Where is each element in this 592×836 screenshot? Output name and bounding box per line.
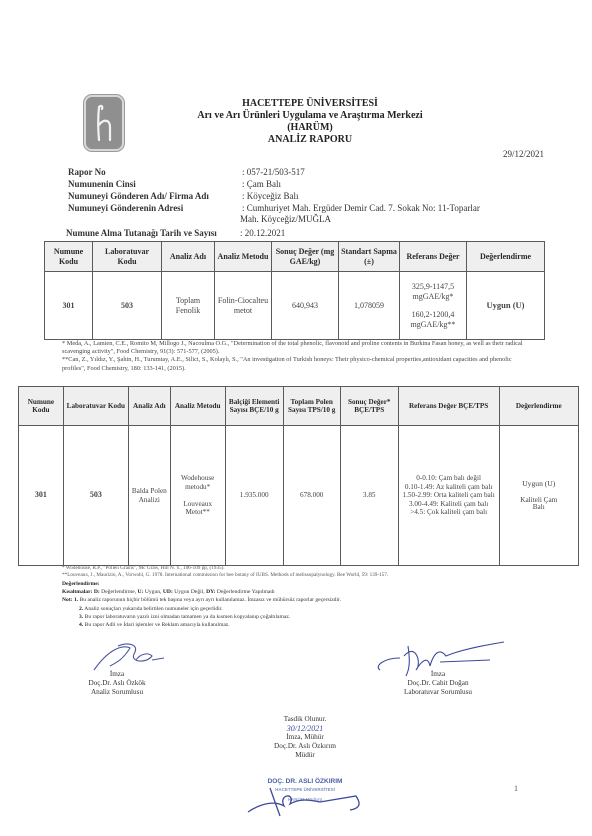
cell-evaluation: Uygun (U) Kaliteli Çam Balı xyxy=(499,426,578,566)
report-title: ANALİZ RAPORU xyxy=(150,134,470,146)
col-header-lab-code: Laboratuvar Kodu xyxy=(63,387,128,426)
footnote: * Meda, A., Lamien, C.E., Romito M, Mill… xyxy=(62,340,532,356)
report-date: 29/12/2021 xyxy=(503,149,544,159)
meta-value-report-no: : 057-21/503-517 xyxy=(242,167,305,177)
meta-value-address: : Cumhuriyet Mah. Ergüder Demir Cad. 7. … xyxy=(242,203,480,213)
director-role: Müdür xyxy=(245,751,365,760)
center-name: Arı ve Arı Ürünleri Uygulama ve Araştırm… xyxy=(150,110,470,122)
col-header-reference: Referans Değer xyxy=(400,242,467,272)
meta-label-sample-type: Numunenin Cinsi xyxy=(68,179,136,189)
col-header-analysis-method: Analiz Metodu xyxy=(170,387,225,426)
method-2: Louveaux Metot** xyxy=(173,500,223,517)
approval-label: Tasdik Olunur. xyxy=(245,715,365,724)
signer-role: Laboratuvar Sorumlusu xyxy=(378,688,498,697)
evaluation-title: Değerlendirme: xyxy=(62,581,100,587)
cell-sample-code: 301 xyxy=(45,272,93,340)
cell-result: 640,943 xyxy=(272,272,339,340)
col-header-std-dev: Standart Sapma (±) xyxy=(339,242,400,272)
table2-footnotes: * Wodehouse, R.P., "Pollen Grains", Mc G… xyxy=(62,565,562,579)
cell-analysis-method: Folin-Ciocalteu metot xyxy=(215,272,272,340)
note-3: 3. Bu rapor laboratuvarın yazılı izni ol… xyxy=(62,613,582,621)
hacettepe-h-logo-icon xyxy=(86,97,122,149)
col-header-analysis-method: Analiz Metodu xyxy=(215,242,272,272)
handwritten-date: 30/12/2021 xyxy=(245,724,365,733)
note-2: 2. Analiz sonuçları yukarıda belirtilen … xyxy=(62,605,582,613)
sign-label: İmza xyxy=(62,670,172,679)
reference-line: 1.50-2.99: Orta kaliteli çam balı xyxy=(401,491,497,499)
signer-name: Doç.Dr. Cahit Doğan xyxy=(378,679,498,688)
university-logo xyxy=(84,95,124,151)
footnote: **Can, Z., Yıldız, Y., Şahin, H., Turumt… xyxy=(62,356,532,372)
abbreviations: Kısaltmalar: D: Değerlendirme, U: Uygun,… xyxy=(62,588,582,596)
table-row: 301 503 Toplam Fenolik Folin-Ciocalteu m… xyxy=(45,272,545,340)
note-4: 4. Bu rapor Adli ve İdari işlemler ve Re… xyxy=(62,621,582,629)
col-header-evaluation: Değerlendirme xyxy=(499,387,578,426)
table1-footnotes: * Meda, A., Lamien, C.E., Romito M, Mill… xyxy=(62,340,532,373)
phenolic-results-table: Numune Kodu Laboratuvar Kodu Analiz Adı … xyxy=(44,241,545,340)
cell-reference: 325,9-1147,5 mgGAE/kg* 160,2-1200,4 mgGA… xyxy=(400,272,467,340)
reference-line: >4.5: Çok kaliteli çam balı xyxy=(401,508,497,516)
table-header-row: Numune Kodu Laboratuvar Kodu Analiz Adı … xyxy=(45,242,545,272)
col-header-result: Sonuç Değer (mg GAE/kg) xyxy=(272,242,339,272)
table-row: 301 503 Balda Polen Analizi Wodehouse me… xyxy=(19,426,579,566)
col-header-reference: Referans Değer BÇE/TPS xyxy=(398,387,499,426)
cell-evaluation: Uygun (U) xyxy=(467,272,545,340)
footnote: **Louveaux, J., Maurizio, A., Vorwohl, G… xyxy=(62,572,562,579)
reference-value-1: 325,9-1147,5 mgGAE/kg* xyxy=(402,282,464,301)
meta-label-address: Numuneyi Gönderenin Adresi xyxy=(68,203,183,213)
signature-right: İmza Doç.Dr. Cahit Doğan Laboratuvar Sor… xyxy=(378,670,498,697)
col-header-total-pollen: Toplam Polen Sayısı TPS/10 g xyxy=(283,387,340,426)
col-header-honeydew-elements: Balçiği Elementi Sayısı BÇE/10 g xyxy=(225,387,283,426)
director-name: Doç.Dr. Aslı Özkırım xyxy=(245,742,365,751)
col-header-analysis-name: Analiz Adı xyxy=(162,242,215,272)
col-header-analysis-name: Analiz Adı xyxy=(128,387,170,426)
col-header-sample-code: Numune Kodu xyxy=(19,387,64,426)
meta-value-sampling-date: : 20.12.2021 xyxy=(240,228,285,238)
reference-line: 3.00-4.49: Kaliteli çam balı xyxy=(401,500,497,508)
approval-block: Tasdik Olunur. 30/12/2021 İmza, Mühür Do… xyxy=(245,715,365,760)
sign-seal-label: İmza, Mühür xyxy=(245,733,365,742)
pollen-results-table: Numune Kodu Laboratuvar Kodu Analiz Adı … xyxy=(18,386,579,566)
signature-left: İmza Doç.Dr. Aslı Özkök Analiz Sorumlusu xyxy=(62,670,172,697)
cell-honeydew-elements: 1.935.000 xyxy=(225,426,283,566)
note-1: Not: 1. Bu analiz raporunun hiçbir bölüm… xyxy=(62,596,582,604)
cell-lab-code: 503 xyxy=(63,426,128,566)
evaluation-quality: Kaliteli Çam Balı xyxy=(502,497,576,511)
stamp-line-1: DOÇ. DR. ASLI ÖZKIRIM xyxy=(240,778,370,786)
cell-lab-code: 503 xyxy=(93,272,162,340)
cell-std-dev: 1,078059 xyxy=(339,272,400,340)
cell-analysis-name: Toplam Fenolik xyxy=(162,272,215,340)
cell-result: 3.85 xyxy=(340,426,398,566)
evaluation-status: Uygun (U) xyxy=(502,480,576,488)
sign-label: İmza xyxy=(378,670,498,679)
cell-sample-code: 301 xyxy=(19,426,64,566)
evaluation-section: Değerlendirme: Kısaltmalar: D: Değerlend… xyxy=(62,580,582,629)
reference-value-2: 160,2-1200,4 mgGAE/kg** xyxy=(402,310,464,329)
meta-label-sampling-date: Numune Alma Tutanağı Tarih ve Sayısı xyxy=(66,228,217,238)
meta-label-report-no: Rapor No xyxy=(68,167,106,177)
meta-value-sender: : Köyceğiz Balı xyxy=(242,191,298,201)
col-header-lab-code: Laboratuvar Kodu xyxy=(93,242,162,272)
cell-reference: 0-0.10: Çam balı değil 0.10-1.49: Az kal… xyxy=(398,426,499,566)
method-1: Wodehouse metodu* xyxy=(173,474,223,491)
col-header-sample-code: Numune Kodu xyxy=(45,242,93,272)
cell-analysis-name: Balda Polen Analizi xyxy=(128,426,170,566)
director-signature-scribble-icon xyxy=(240,786,370,820)
cell-total-pollen: 678.000 xyxy=(283,426,340,566)
signer-name: Doç.Dr. Aslı Özkök xyxy=(62,679,172,688)
university-name: HACETTEPE ÜNİVERSİTESİ xyxy=(150,98,470,110)
center-abbreviation: (HARÜM) xyxy=(150,122,470,134)
signer-role: Analiz Sorumlusu xyxy=(62,688,172,697)
page-number: 1 xyxy=(514,784,518,793)
meta-value-address-line2: Mah. Köyceğiz/MUĞLA xyxy=(240,214,331,224)
reference-line: 0.10-1.49: Az kaliteli çam balı xyxy=(401,483,497,491)
footnote: * Wodehouse, R.P., "Pollen Grains", Mc G… xyxy=(62,565,562,572)
cell-analysis-method: Wodehouse metodu* Louveaux Metot** xyxy=(170,426,225,566)
reference-line: 0-0.10: Çam balı değil xyxy=(401,474,497,482)
meta-label-sender: Numuneyi Gönderen Adı/ Firma Adı xyxy=(68,191,209,201)
col-header-result: Sonuç Değer* BÇE/TPS xyxy=(340,387,398,426)
table-header-row: Numune Kodu Laboratuvar Kodu Analiz Adı … xyxy=(19,387,579,426)
meta-value-sample-type: : Çam Balı xyxy=(242,179,281,189)
col-header-evaluation: Değerlendirme xyxy=(467,242,545,272)
